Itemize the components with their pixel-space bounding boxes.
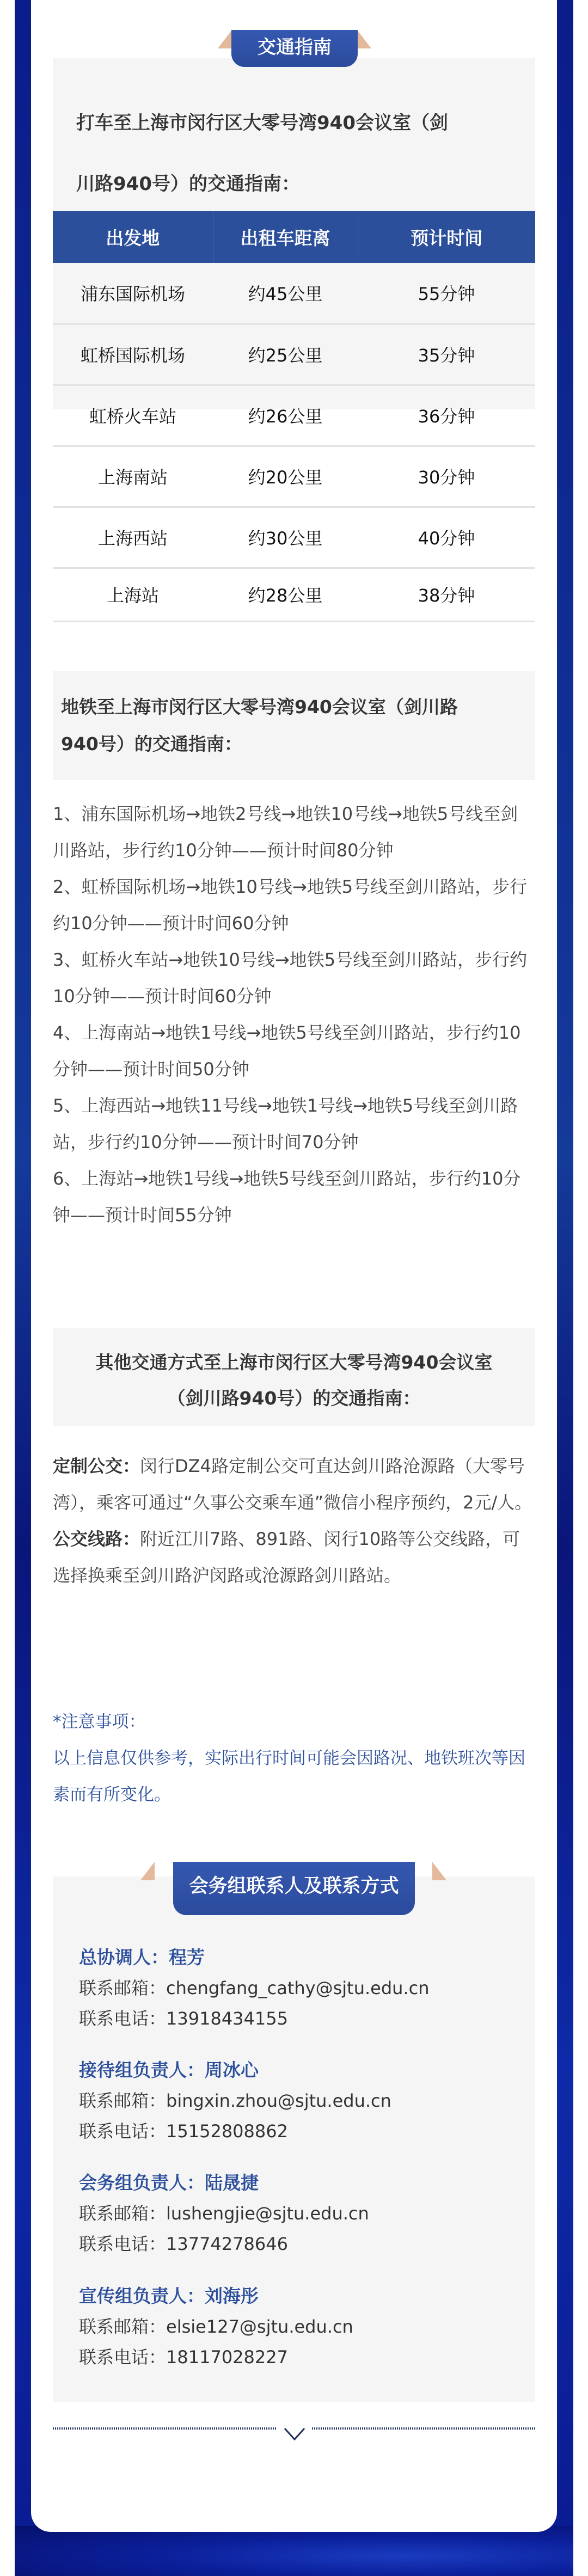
col-header-time: 预计时间 <box>358 211 535 263</box>
contact-phone[interactable]: 18117028227 <box>166 2347 288 2368</box>
email-label: 联系邮箱： <box>79 2090 166 2111</box>
contact-card: 宣传组负责人：刘海彤 联系邮箱：elsie127@sjtu.edu.cn 联系电… <box>79 2281 514 2372</box>
table-row: 上海南站 约20公里 30分钟 <box>53 446 535 507</box>
contact-role: 宣传组负责人：刘海彤 <box>79 2281 514 2311</box>
cell-origin: 上海南站 <box>53 446 213 507</box>
frame-background-bottom <box>15 2526 573 2576</box>
contact-email[interactable]: lushengjie@sjtu.edu.cn <box>166 2203 369 2224</box>
metro-route-item: 5、上海西站→地铁11号线→地铁1号线→地铁5号线至剑川路站，步行约10分钟——… <box>53 1088 535 1161</box>
contact-phone-line: 联系电话：13918434155 <box>79 2003 514 2034</box>
taxi-heading: 打车至上海市闵行区大零号湾940会议室（剑 川路940号）的交通指南： <box>76 93 523 214</box>
contact-phone-line: 联系电话：18117028227 <box>79 2342 514 2372</box>
other-transport-list: 定制公交：闵行DZ4路定制公交可直达剑川路沧源路（大零号湾），乘客可通过“久事公… <box>53 1448 535 1594</box>
contact-phone-line: 联系电话：15152808862 <box>79 2116 514 2146</box>
metro-route-item: 4、上海南站→地铁1号线→地铁5号线至剑川路站，步行约10分钟——预计时间50分… <box>53 1015 535 1088</box>
taxi-table-header: 出发地 出租车距离 预计时间 <box>53 211 535 263</box>
other-transport-item-custom-bus: 定制公交：闵行DZ4路定制公交可直达剑川路沧源路（大零号湾），乘客可通过“久事公… <box>53 1448 535 1521</box>
email-label: 联系邮箱： <box>79 2203 166 2224</box>
other-transport-label: 公交线路： <box>53 1529 140 1549</box>
contact-role: 会务组负责人：陆晟捷 <box>79 2168 514 2198</box>
contact-card: 会务组负责人：陆晟捷 联系邮箱：lushengjie@sjtu.edu.cn 联… <box>79 2168 514 2259</box>
contact-phone[interactable]: 13774278646 <box>166 2234 288 2254</box>
col-header-distance: 出租车距离 <box>213 211 358 263</box>
contact-role-title: 接待组负责人： <box>79 2059 205 2081</box>
cell-distance: 约45公里 <box>213 263 358 324</box>
cell-time: 55分钟 <box>358 263 535 324</box>
cell-distance: 约26公里 <box>213 385 358 446</box>
taxi-table: 出发地 出租车距离 预计时间 浦东国际机场 约45公里 55分钟 虹桥国际机场 … <box>53 211 535 622</box>
contact-email-line: 联系邮箱：lushengjie@sjtu.edu.cn <box>79 2198 514 2229</box>
cell-origin: 虹桥火车站 <box>53 385 213 446</box>
phone-label: 联系电话： <box>79 2121 166 2142</box>
contact-phone[interactable]: 15152808862 <box>166 2121 288 2142</box>
other-heading-line-2: （剑川路940号）的交通指南： <box>53 1381 535 1416</box>
cell-origin: 上海站 <box>53 568 213 621</box>
contact-email-line: 联系邮箱：elsie127@sjtu.edu.cn <box>79 2311 514 2342</box>
table-row: 虹桥火车站 约26公里 36分钟 <box>53 385 535 446</box>
contact-name: 周冰心 <box>205 2059 259 2081</box>
contact-card: 接待组负责人：周冰心 联系邮箱：bingxin.zhou@sjtu.edu.cn… <box>79 2055 514 2146</box>
section-badge-label: 会务组联系人及联系方式 <box>173 1862 415 1915</box>
table-row: 上海站 约28公里 38分钟 <box>53 568 535 621</box>
metro-heading-line-1: 地铁至上海市闵行区大零号湾940会议室（剑川路 <box>61 689 529 726</box>
section-badge-label: 交通指南 <box>231 30 358 67</box>
metro-route-list: 1、浦东国际机场→地铁2号线→地铁10号线→地铁5号线至剑川路站，步行约10分钟… <box>53 796 535 1234</box>
metro-route-item: 3、虹桥火车站→地铁10号线→地铁5号线至剑川路站，步行约10分钟——预计时间6… <box>53 942 535 1015</box>
table-row: 浦东国际机场 约45公里 55分钟 <box>53 263 535 324</box>
cell-origin: 浦东国际机场 <box>53 263 213 324</box>
divider-dots-right <box>312 2427 535 2430</box>
badge-tab-left <box>140 1862 155 1880</box>
contact-name: 陆晟捷 <box>205 2172 259 2193</box>
taxi-heading-line-1: 打车至上海市闵行区大零号湾940会议室（剑 <box>76 93 523 154</box>
cell-distance: 约25公里 <box>213 324 358 385</box>
badge-tab-left <box>218 30 232 48</box>
metro-route-item: 6、上海站→地铁1号线→地铁5号线至剑川路站，步行约10分钟——预计时间55分钟 <box>53 1161 535 1234</box>
cell-distance: 约30公里 <box>213 507 358 568</box>
contact-email[interactable]: elsie127@sjtu.edu.cn <box>166 2316 353 2337</box>
contact-phone-line: 联系电话：13774278646 <box>79 2229 514 2259</box>
email-label: 联系邮箱： <box>79 2316 166 2337</box>
phone-label: 联系电话： <box>79 2234 166 2254</box>
cell-origin: 虹桥国际机场 <box>53 324 213 385</box>
email-label: 联系邮箱： <box>79 1978 166 1998</box>
table-row: 虹桥国际机场 约25公里 35分钟 <box>53 324 535 385</box>
cell-time: 40分钟 <box>358 507 535 568</box>
contact-name: 程芳 <box>169 1947 205 1968</box>
cell-time: 30分钟 <box>358 446 535 507</box>
metro-heading: 地铁至上海市闵行区大零号湾940会议室（剑川路 940号）的交通指南： <box>61 689 529 763</box>
contact-email[interactable]: chengfang_cathy@sjtu.edu.cn <box>166 1978 429 1998</box>
contact-phone[interactable]: 13918434155 <box>166 2008 288 2029</box>
contact-role: 接待组负责人：周冰心 <box>79 2055 514 2086</box>
contact-role-title: 总协调人： <box>79 1947 169 1968</box>
metro-route-item: 2、虹桥国际机场→地铁10号线→地铁5号线至剑川路站，步行约10分钟——预计时间… <box>53 869 535 942</box>
contact-email-line: 联系邮箱：chengfang_cathy@sjtu.edu.cn <box>79 1973 514 2003</box>
cell-time: 36分钟 <box>358 385 535 446</box>
badge-tab-right <box>432 1862 446 1880</box>
contact-role: 总协调人：程芳 <box>79 1942 514 1973</box>
section-divider <box>53 2427 535 2431</box>
metro-heading-line-2: 940号）的交通指南： <box>61 726 529 763</box>
col-header-origin: 出发地 <box>53 211 213 263</box>
other-transport-item-bus-lines: 公交线路：附近江川7路、891路、闵行10路等公交线路，可选择换乘至剑川路沪闵路… <box>53 1521 535 1594</box>
contact-email[interactable]: bingxin.zhou@sjtu.edu.cn <box>166 2090 391 2111</box>
cell-distance: 约20公里 <box>213 446 358 507</box>
phone-label: 联系电话： <box>79 2008 166 2029</box>
cell-origin: 上海西站 <box>53 507 213 568</box>
taxi-heading-line-2: 川路940号）的交通指南： <box>76 154 523 214</box>
badge-tab-right <box>357 30 371 48</box>
contact-role-title: 宣传组负责人： <box>79 2285 205 2307</box>
table-row: 上海西站 约30公里 40分钟 <box>53 507 535 568</box>
cell-time: 38分钟 <box>358 568 535 621</box>
cell-distance: 约28公里 <box>213 568 358 621</box>
contact-email-line: 联系邮箱：bingxin.zhou@sjtu.edu.cn <box>79 2086 514 2116</box>
notice-text: 以上信息仅供参考，实际出行时间可能会因路况、地铁班次等因素而有所变化。 <box>53 1740 535 1813</box>
section-badge-contacts: 会务组联系人及联系方式 <box>140 1862 446 1915</box>
contact-role-title: 会务组负责人： <box>79 2172 205 2193</box>
other-heading: 其他交通方式至上海市闵行区大零号湾940会议室 （剑川路940号）的交通指南： <box>53 1345 535 1416</box>
other-transport-label: 定制公交： <box>53 1456 140 1476</box>
chevron-down-icon <box>284 2426 305 2448</box>
contact-card: 总协调人：程芳 联系邮箱：chengfang_cathy@sjtu.edu.cn… <box>79 1942 514 2034</box>
phone-label: 联系电话： <box>79 2347 166 2368</box>
contact-name: 刘海彤 <box>205 2285 259 2307</box>
notice: *注意事项： 以上信息仅供参考，实际出行时间可能会因路况、地铁班次等因素而有所变… <box>53 1704 535 1813</box>
other-heading-line-1: 其他交通方式至上海市闵行区大零号湾940会议室 <box>53 1345 535 1381</box>
section-badge-traffic: 交通指南 <box>218 30 371 68</box>
metro-route-item: 1、浦东国际机场→地铁2号线→地铁10号线→地铁5号线至剑川路站，步行约10分钟… <box>53 796 535 869</box>
divider-dots-left <box>53 2427 276 2430</box>
notice-title: *注意事项： <box>53 1704 535 1740</box>
cell-time: 35分钟 <box>358 324 535 385</box>
